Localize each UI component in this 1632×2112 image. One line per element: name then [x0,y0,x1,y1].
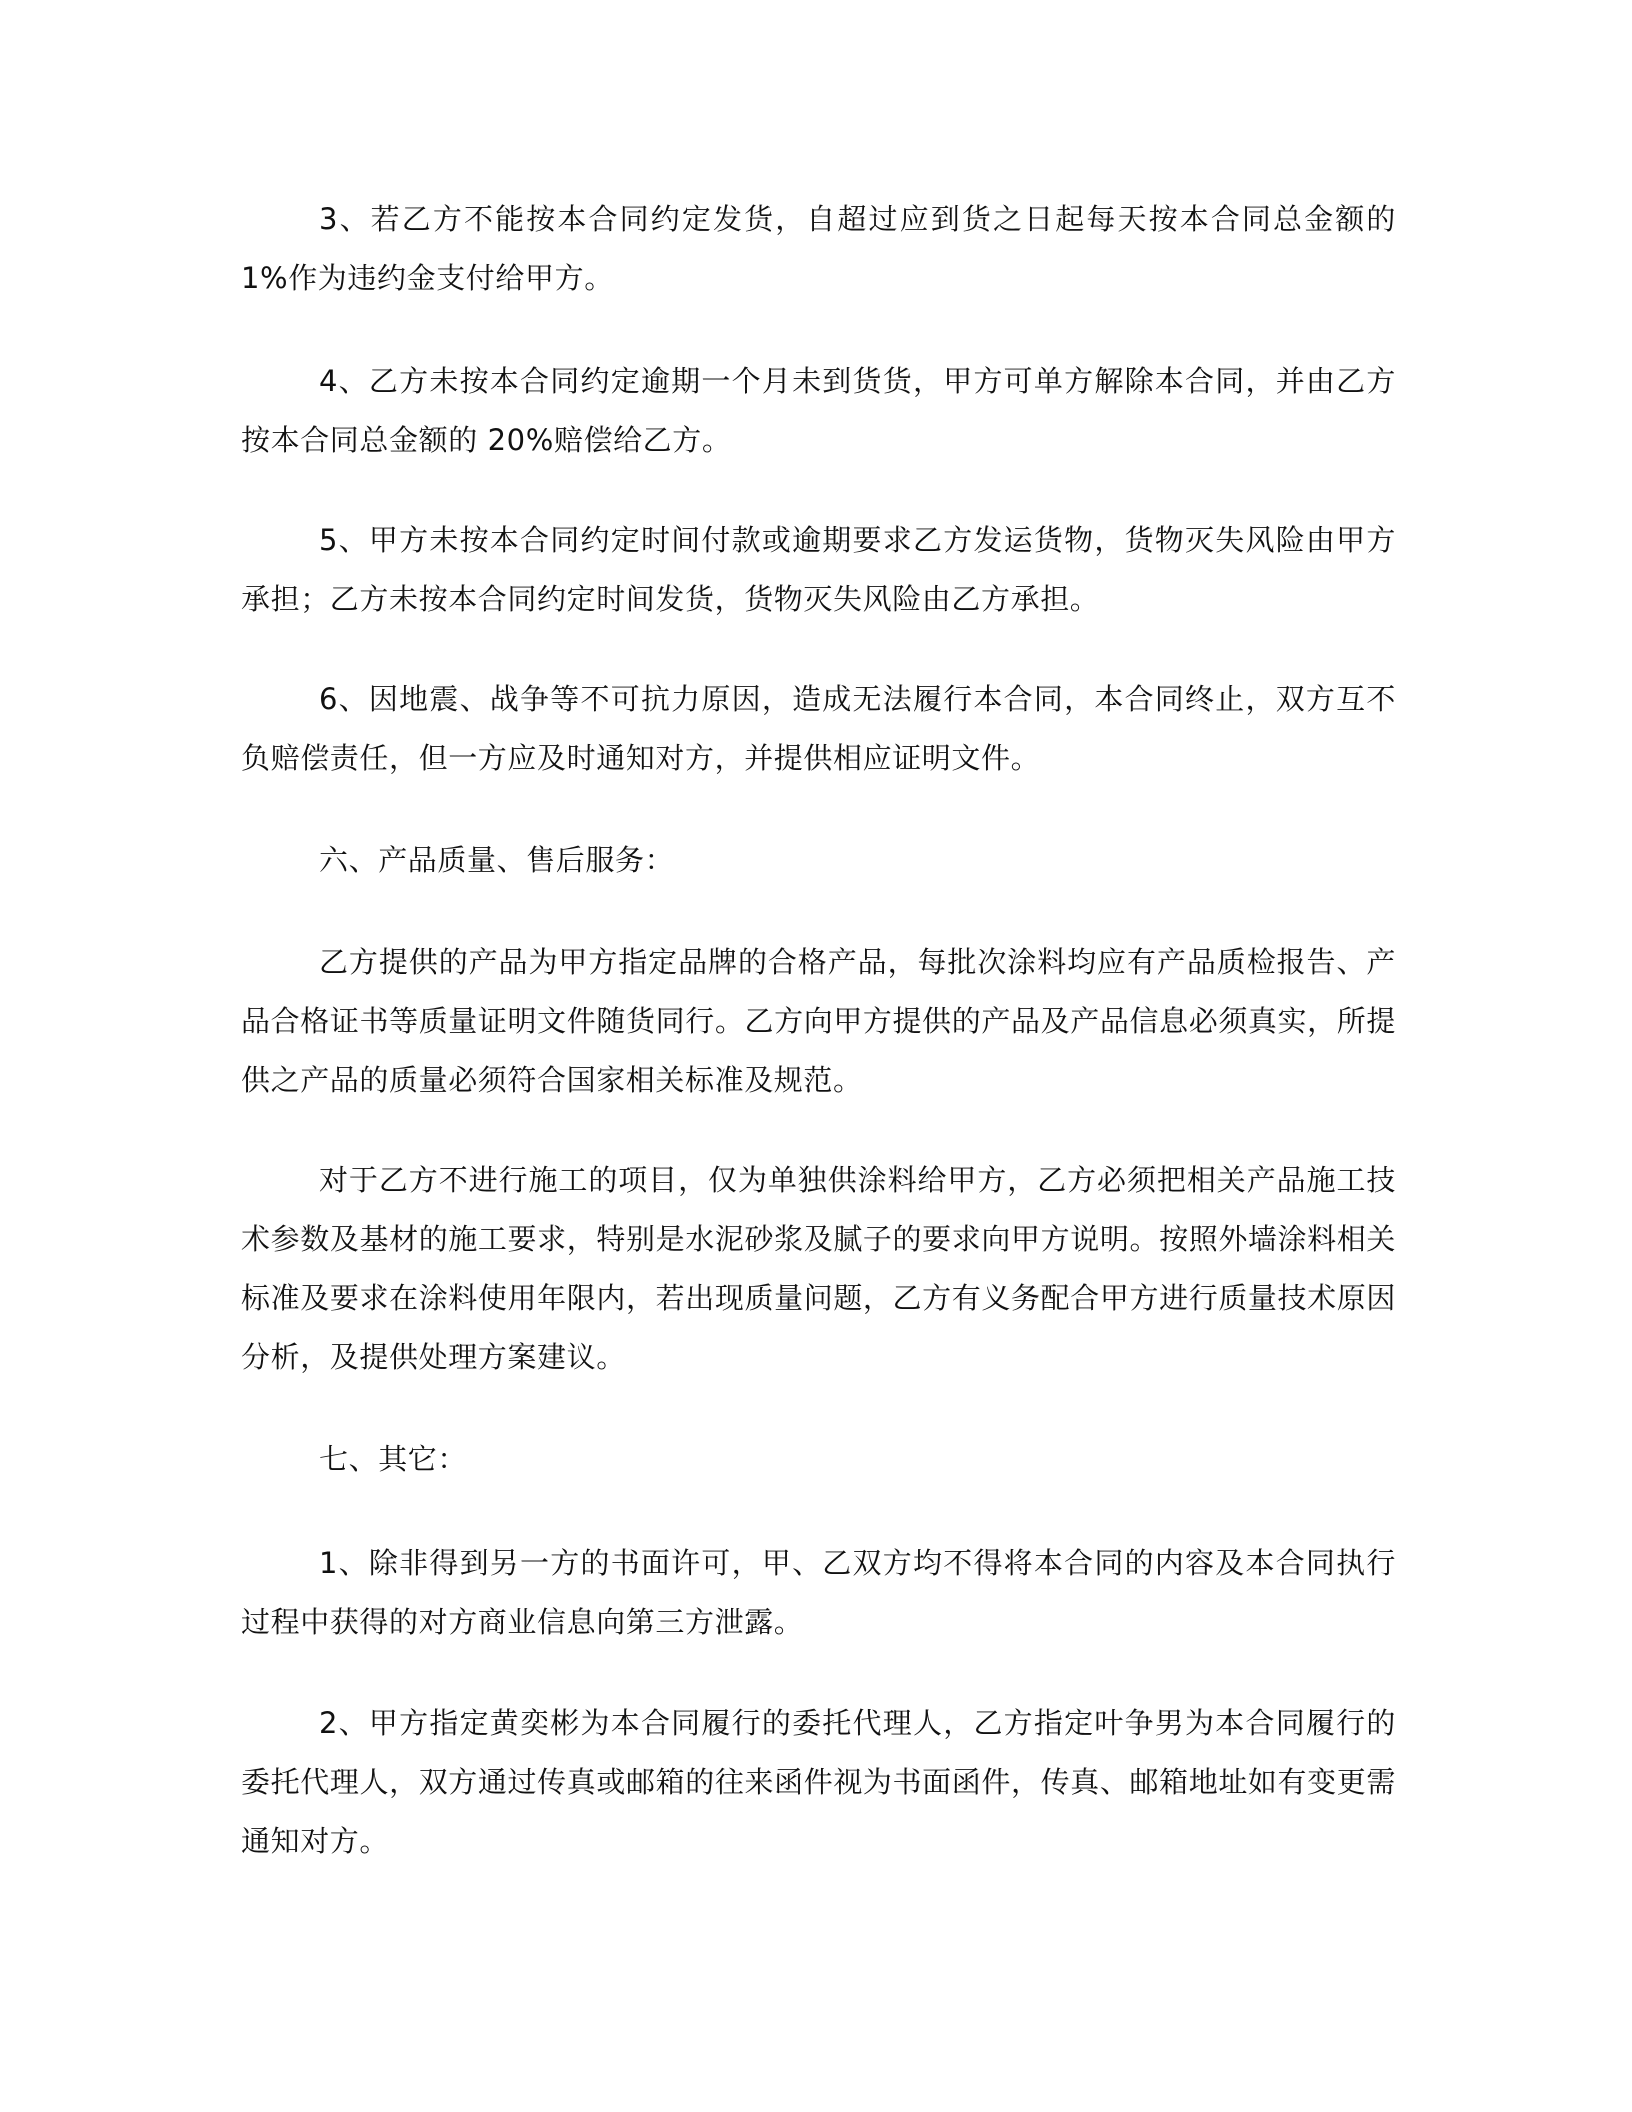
contract-clause-force-majeure: 6、因地震、战争等不可抗力原因，造成无法履行本合同，本合同终止，双方互不负赔偿责… [241,670,1396,788]
contract-clause-risk-of-loss: 5、甲方未按本合同约定时间付款或逾期要求乙方发运货物，货物灭失风险由甲方承担；乙… [241,511,1396,629]
contract-clause-confidentiality: 1、除非得到另一方的书面许可，甲、乙双方均不得将本合同的内容及本合同执行过程中获… [241,1534,1396,1652]
contract-clause-authorized-agents: 2、甲方指定黄奕彬为本合同履行的委托代理人，乙方指定叶争男为本合同履行的委托代理… [241,1694,1396,1871]
section-heading-other: 七、其它： [241,1430,1396,1489]
quality-paragraph-supply-only: 对于乙方不进行施工的项目，仅为单独供涂料给甲方，乙方必须把相关产品施工技术参数及… [241,1151,1396,1387]
contract-clause-late-delivery-penalty: 3、若乙方不能按本合同约定发货，自超过应到货之日起每天按本合同总金额的 1%作为… [241,190,1396,308]
contract-clause-termination: 4、乙方未按本合同约定逾期一个月未到货货，甲方可单方解除本合同，并由乙方按本合同… [241,352,1396,470]
quality-paragraph-products: 乙方提供的产品为甲方指定品牌的合格产品，每批次涂料均应有产品质检报告、产品合格证… [241,933,1396,1110]
section-heading-quality-service: 六、产品质量、售后服务： [241,831,1396,890]
